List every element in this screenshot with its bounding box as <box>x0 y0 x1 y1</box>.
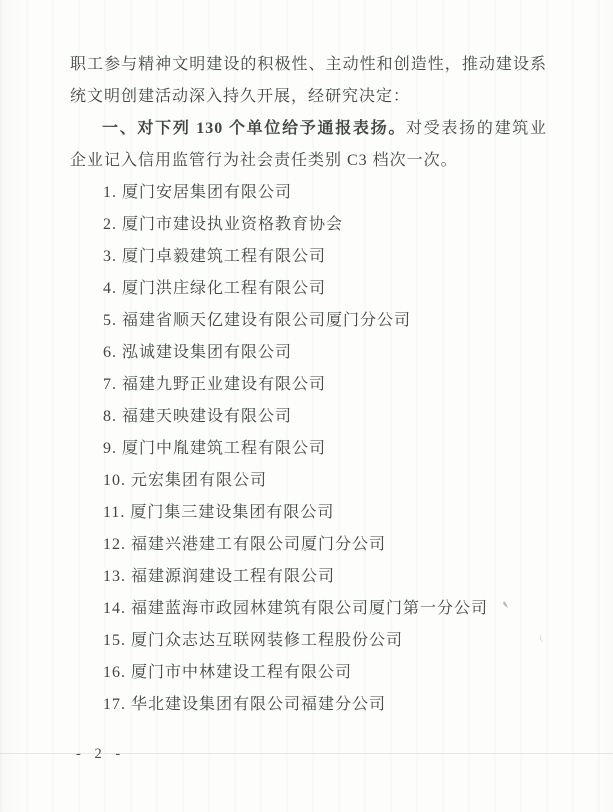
document-body: 职工参与精神文明建设的积极性、主动性和创造性，推动建设系统文明创建活动深入持久开… <box>70 49 547 721</box>
page-number: - 2 - <box>76 746 125 763</box>
list-item: 5. 福建省顺天亿建设有限公司厦门分公司 <box>103 305 547 337</box>
list-item: 11. 厦门集三建设集团有限公司 <box>103 497 547 529</box>
list-item: 10. 元宏集团有限公司 <box>103 465 547 497</box>
list-item: 15. 厦门众志达互联网装修工程股份公司 <box>103 625 547 657</box>
list-item: 3. 厦门卓毅建筑工程有限公司 <box>103 241 547 273</box>
list-item: 9. 厦门中胤建筑工程有限公司 <box>103 433 547 465</box>
list-item: 6. 泓诚建设集团有限公司 <box>103 337 547 369</box>
list-item: 13. 福建源润建设工程有限公司 <box>103 561 547 593</box>
section-heading-bold: 一、对下列 130 个单位给予通报表扬。 <box>102 120 406 137</box>
body-paragraph-continuation: 职工参与精神文明建设的积极性、主动性和创造性，推动建设系统文明创建活动深入持久开… <box>70 49 547 113</box>
document-page: 职工参与精神文明建设的积极性、主动性和创造性，推动建设系统文明创建活动深入持久开… <box>0 0 613 812</box>
list-item: 2. 厦门市建设执业资格教育协会 <box>103 209 547 241</box>
list-item: 7. 福建九野正业建设有限公司 <box>103 369 547 401</box>
list-item: 12. 福建兴港建工有限公司厦门分公司 <box>103 529 547 561</box>
list-item: 14. 福建蓝海市政园林建筑有限公司厦门第一分公司 <box>103 593 547 625</box>
list-item: 4. 厦门洪庄绿化工程有限公司 <box>103 273 547 305</box>
list-item: 17. 华北建设集团有限公司福建分公司 <box>103 689 547 721</box>
commendation-paragraph: 一、对下列 130 个单位给予通报表扬。对受表扬的建筑业企业记入信用监管行为社会… <box>70 113 547 177</box>
list-item: 8. 福建天映建设有限公司 <box>103 401 547 433</box>
commended-units-list: 1. 厦门安居集团有限公司 2. 厦门市建设执业资格教育协会 3. 厦门卓毅建筑… <box>103 177 547 721</box>
list-item: 1. 厦门安居集团有限公司 <box>103 177 547 209</box>
list-item: 16. 厦门市中林建设工程有限公司 <box>103 657 547 689</box>
